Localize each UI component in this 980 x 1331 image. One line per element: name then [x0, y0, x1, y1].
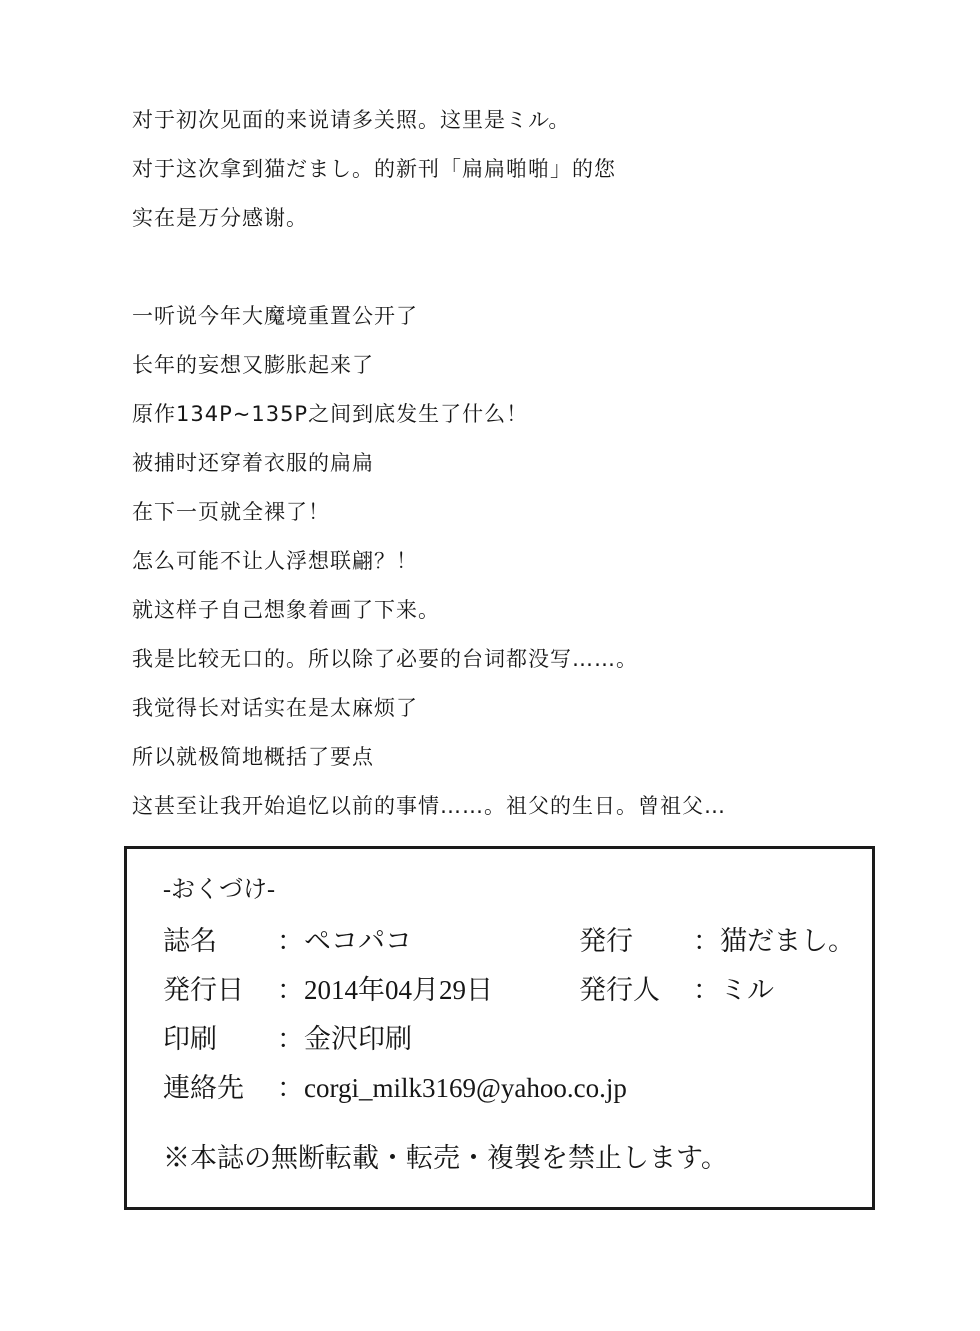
document-page: 对于初次见面的来说请多关照。这里是ミル。 对于这次拿到猫だまし。的新刊「扁扁啪啪… — [0, 0, 980, 1331]
text-line: 原作134P~135P之间到底发生了什么！ — [132, 390, 726, 439]
label-contact: 連絡先 — [163, 1066, 244, 1105]
label-publish-date: 発行日 — [163, 968, 244, 1007]
value-printer: ：金沢印刷 — [277, 1017, 412, 1056]
value-book-title: ：ペコパコ — [277, 919, 412, 958]
text-line: 对于这次拿到猫だまし。的新刊「扁扁啪啪」的您 — [132, 145, 726, 194]
copyright-notice: ※本誌の無断転載・転売・複製を禁止します。 — [163, 1136, 728, 1175]
colophon-title: -おくづけ- — [163, 869, 275, 904]
paragraph-gap — [132, 243, 726, 292]
label-publisher: 発行 — [579, 919, 633, 958]
text-line: 对于初次见面的来说请多关照。这里是ミル。 — [132, 96, 726, 145]
colophon-box: -おくづけ- 誌名 ：ペコパコ 発行 ：猫だまし。 発行日 ：2014年04月2… — [124, 846, 875, 1210]
label-issuer: 発行人 — [579, 968, 660, 1007]
text-line: 一听说今年大魔境重置公开了 — [132, 292, 726, 341]
value-issuer: ：ミル — [693, 968, 774, 1007]
value-contact-email: ：corgi_milk3169@yahoo.co.jp — [277, 1066, 627, 1105]
text-line: 被捕时还穿着衣服的扁扁 — [132, 439, 726, 488]
afterword-text: 对于初次见面的来说请多关照。这里是ミル。 对于这次拿到猫だまし。的新刊「扁扁啪啪… — [132, 96, 726, 831]
value-publish-date: ：2014年04月29日 — [277, 968, 493, 1007]
text-line: 在下一页就全裸了！ — [132, 488, 726, 537]
label-book-title: 誌名 — [163, 919, 217, 958]
label-printer: 印刷 — [163, 1017, 217, 1056]
value-publisher: ：猫だまし。 — [693, 919, 855, 958]
text-line: 所以就极简地概括了要点 — [132, 733, 726, 782]
text-line: 怎么可能不让人浮想联翩？！ — [132, 537, 726, 586]
text-line: 实在是万分感谢。 — [132, 194, 726, 243]
text-line: 我是比较无口的。所以除了必要的台词都没写……。 — [132, 635, 726, 684]
text-line: 就这样子自己想象着画了下来。 — [132, 586, 726, 635]
text-line: 长年的妄想又膨胀起来了 — [132, 341, 726, 390]
text-line: 我觉得长对话实在是太麻烦了 — [132, 684, 726, 733]
text-line: 这甚至让我开始追忆以前的事情……。祖父的生日。曾祖父… — [132, 782, 726, 831]
